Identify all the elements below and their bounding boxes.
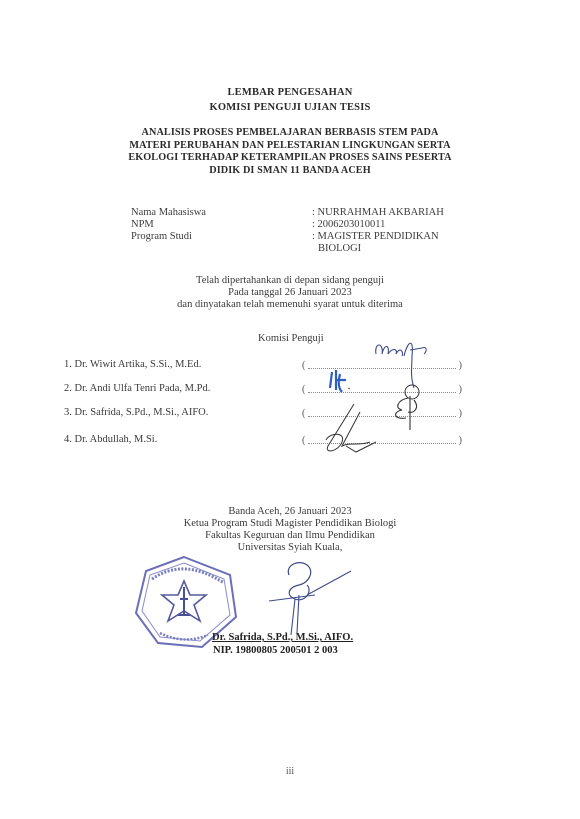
thesis-title-line-4: DIDIK DI SMAN 11 BANDA ACEH	[0, 165, 580, 176]
examiner-2: 2. Dr. Andi Ulfa Tenri Pada, M.Pd.	[64, 383, 210, 394]
approval-university: Universitas Syiah Kuala,	[0, 542, 580, 553]
examiner-3: 3. Dr. Safrida, S.Pd., M.Si., AIFO.	[64, 407, 208, 418]
signature-2-icon	[326, 366, 366, 406]
student-name-label: Nama Mahasiswa	[131, 207, 206, 218]
approval-faculty: Fakultas Keguruan dan Ilmu Pendidikan	[0, 530, 580, 541]
student-name-value: : NURRAHMAH AKBARIAH	[312, 207, 444, 218]
signer-name: Dr. Safrida, S.Pd., M.Si., AIFO.	[212, 632, 353, 643]
defense-line-1: Telah dipertahankan di depan sidang peng…	[0, 275, 580, 286]
examiner-1: 1. Dr. Wiwit Artika, S.Si., M.Ed.	[64, 359, 201, 370]
examiner-4: 4. Dr. Abdullah, M.Si.	[64, 434, 157, 445]
npm-value: : 2006203010011	[312, 219, 385, 230]
header-lembar-pengesahan: LEMBAR PENGESAHAN	[0, 87, 580, 98]
thesis-title-line-2: MATERI PERUBAHAN DAN PELESTARIAN LINGKUN…	[0, 140, 580, 151]
page-number: iii	[0, 766, 580, 777]
npm-label: NPM	[131, 219, 154, 230]
thesis-title-line-3: EKOLOGI TERHADAP KETERAMPILAN PROSES SAI…	[0, 152, 580, 163]
thesis-title-line-1: ANALISIS PROSES PEMBELAJARAN BERBASIS ST…	[0, 127, 580, 138]
program-label: Program Studi	[131, 231, 192, 242]
defense-line-3: dan dinyatakan telah memenuhi syarat unt…	[0, 299, 580, 310]
defense-line-2: Pada tanggal 26 Januari 2023	[0, 287, 580, 298]
approval-position: Ketua Program Studi Magister Pendidikan …	[0, 518, 580, 529]
signer-nip: NIP. 19800805 200501 2 003	[213, 645, 338, 656]
approval-place-date: Banda Aceh, 26 Januari 2023	[0, 506, 580, 517]
committee-heading: Komisi Penguji	[258, 333, 324, 344]
header-komisi-penguji: KOMISI PENGUJI UJIAN TESIS	[0, 102, 580, 113]
program-value-cont: BIOLOGI	[318, 243, 361, 254]
program-value: : MAGISTER PENDIDIKAN	[312, 231, 439, 242]
document-page: LEMBAR PENGESAHAN KOMISI PENGUJI UJIAN T…	[0, 0, 580, 819]
signature-4-icon	[320, 402, 400, 457]
